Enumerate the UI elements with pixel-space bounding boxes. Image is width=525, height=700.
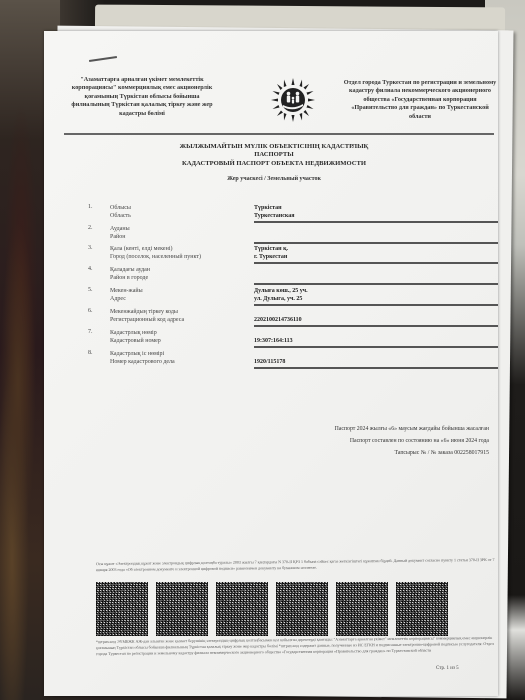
field-label: Мекен-жайы Адрес — [110, 287, 143, 303]
field-number: 1. — [88, 204, 93, 210]
field-underline — [254, 221, 498, 223]
field-underline — [254, 262, 498, 264]
field-label: Кадастрлық нөмір Кадастровый номер — [110, 329, 161, 345]
field-number: 8. — [88, 350, 93, 356]
field-value: Түркістан қ. г. Туркестан — [254, 245, 498, 262]
barcode-3 — [216, 582, 268, 636]
field-value: 1920/115178 — [254, 358, 498, 366]
field-underline — [254, 325, 498, 327]
field-number: 4. — [88, 266, 93, 272]
compilation-info: Паспорт 2024 жылғы «6» маусым жағдайы бо… — [299, 423, 489, 459]
field-number: 7. — [88, 329, 93, 335]
barcode-1 — [96, 582, 148, 636]
field-value: 2202100214736110 — [254, 316, 498, 324]
document-page: "Азаматтарға арналған үкімет мемлекеттік… — [44, 31, 498, 696]
field-number: 3. — [88, 245, 93, 251]
field-value: 19:307:164:113 — [254, 337, 498, 345]
field-underline — [254, 304, 498, 306]
compiled-date-kz: Паспорт 2024 жылғы «6» маусым жағдайы бо… — [299, 423, 489, 435]
header-divider — [64, 133, 494, 135]
field-number: 2. — [88, 225, 93, 231]
field-label: Қала (кенті, елді мекені) Город (поселок… — [110, 245, 201, 261]
barcode-row — [96, 582, 456, 638]
title-kz-line2: ПАСПОРТЫ — [104, 151, 444, 159]
field-cadastral-case-number: 8. Кадастрлық іс нөмірі Номер кадастрово… — [88, 350, 498, 380]
field-number: 5. — [88, 287, 93, 293]
staple — [89, 56, 117, 62]
header-russian-org: Отдел города Туркестан по регистрации и … — [340, 79, 500, 121]
field-label: Кадастрлық іс нөмірі Номер кадастрового … — [110, 350, 175, 366]
field-label: Облысы Область — [110, 204, 131, 220]
field-underline — [254, 367, 498, 369]
field-label: Ауданы Район — [110, 225, 130, 241]
field-number: 6. — [88, 308, 93, 314]
order-number: Тапсырыс № / № заказа 002258017915 — [299, 447, 489, 459]
field-underline — [254, 346, 498, 348]
page-number: Стр. 1 из 5 — [436, 666, 459, 671]
document-title: ЖЫЛЖЫМАЙТЫН МҮЛІК ОБЪЕКТІСІНІҢ КАДАСТРЛЫ… — [104, 143, 444, 168]
legal-notice-bottom: *штрих-код ЭҮМБЖК АЖ-дан алынған және қы… — [96, 635, 496, 657]
barcode-6 — [396, 582, 448, 636]
legal-notice-top: Осы құжат «Электрондық құжат және электр… — [96, 557, 496, 573]
family-sun-emblem-icon — [270, 77, 316, 123]
field-underline — [254, 283, 498, 285]
title-ru: КАДАСТРОВЫЙ ПАСПОРТ ОБЪЕКТА НЕДВИЖИМОСТИ — [104, 160, 444, 168]
field-label: Қаладағы аудан Район в городе — [110, 266, 150, 282]
barcode-4 — [276, 582, 328, 636]
title-kz-line1: ЖЫЛЖЫМАЙТЫН МҮЛІК ОБЪЕКТІСІНІҢ КАДАСТРЛЫ… — [104, 143, 444, 151]
document-subtitle: Жер учаскесі / Земельный участок — [104, 176, 444, 182]
field-label: Мекенжайдың тіркеу коды Регистрационный … — [110, 308, 184, 324]
header-kazakh-org: "Азаматтарға арналған үкімет мемлекеттік… — [67, 76, 217, 118]
field-value: Түркістан Туркестанская — [254, 204, 498, 221]
field-underline — [254, 242, 498, 244]
field-value: Дулыға көш., 25 уч. ул. Дулыга, уч. 25 — [254, 287, 498, 304]
barcode-2 — [156, 582, 208, 636]
barcode-5 — [336, 582, 388, 636]
compiled-date-ru: Паспорт составлен по состоянию на «6» ию… — [299, 435, 489, 447]
